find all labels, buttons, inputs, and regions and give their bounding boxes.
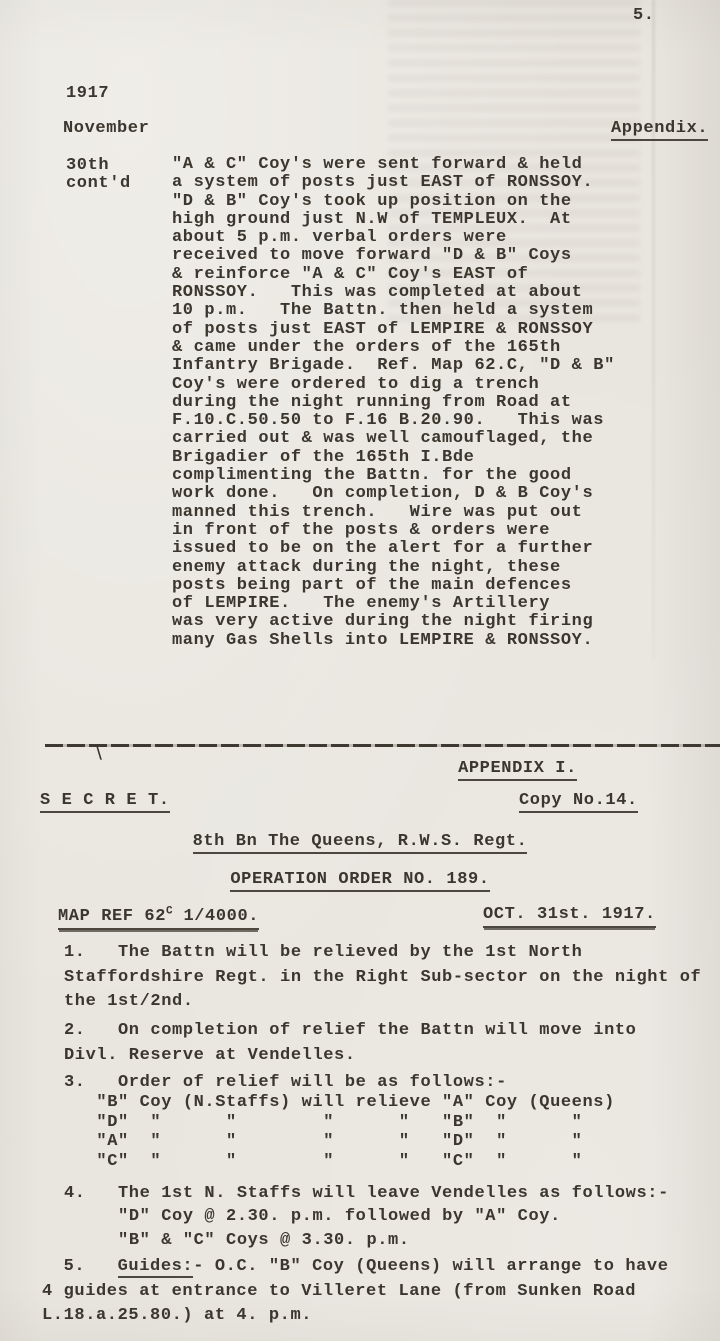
paragraph-5-number: 5. bbox=[42, 1257, 118, 1276]
appendix-title-row: APPENDIX I. bbox=[0, 759, 720, 778]
map-sheet-letter: C bbox=[166, 905, 173, 917]
copy-number: Copy No.14. bbox=[519, 791, 638, 810]
map-reference-text: MAP REF 62C 1/4000. bbox=[58, 907, 259, 930]
order-paragraph-5: 5. Guides:- O.C. "B" Coy (Queens) will a… bbox=[42, 1255, 716, 1329]
diary-entry-body: "A & C" Coy's were sent forward & held a… bbox=[172, 156, 615, 650]
operation-order-title-row: OPERATION ORDER NO. 189. bbox=[0, 870, 720, 889]
map-reference-base: MAP REF 62 bbox=[58, 907, 166, 926]
map-reference: MAP REF 62C 1/4000. bbox=[58, 905, 259, 926]
appendix-reference: Appendix. bbox=[611, 119, 708, 138]
order-date-text: OCT. 31st. 1917. bbox=[483, 905, 656, 928]
appendix-reference-label: Appendix. bbox=[611, 119, 708, 141]
section-divider bbox=[45, 744, 720, 747]
unit-title-row: 8th Bn The Queens, R.W.S. Regt. bbox=[0, 832, 720, 851]
classification-text: S E C R E T. bbox=[40, 791, 170, 813]
order-paragraph-2: 2. On completion of relief the Battn wil… bbox=[64, 1019, 716, 1068]
order-date: OCT. 31st. 1917. bbox=[483, 905, 656, 924]
diary-entry-date: 30th cont'd bbox=[66, 157, 131, 194]
war-diary-page: 5. 1917 November Appendix. 30th cont'd "… bbox=[0, 0, 720, 1341]
order-paragraph-4: 4. The 1st N. Staffs will leave Vendelle… bbox=[64, 1182, 716, 1252]
order-paragraph-1: 1. The Battn will be relieved by the 1st… bbox=[64, 941, 716, 1015]
guides-label: Guides: bbox=[118, 1257, 194, 1278]
appendix-title: APPENDIX I. bbox=[458, 759, 577, 781]
paper-crease bbox=[652, 0, 655, 660]
operation-order-title: OPERATION ORDER NO. 189. bbox=[230, 870, 489, 892]
page-number: 5. bbox=[633, 6, 655, 25]
unit-title: 8th Bn The Queens, R.W.S. Regt. bbox=[193, 832, 528, 854]
diary-year: 1917 bbox=[66, 84, 109, 103]
map-reference-scale: 1/4000. bbox=[173, 907, 259, 926]
order-paragraph-3-relief-table: 3. Order of relief will be as follows:- … bbox=[64, 1073, 716, 1172]
classification-label: S E C R E T. bbox=[40, 791, 170, 810]
diary-month: November bbox=[63, 119, 149, 138]
copy-number-text: Copy No.14. bbox=[519, 791, 638, 813]
